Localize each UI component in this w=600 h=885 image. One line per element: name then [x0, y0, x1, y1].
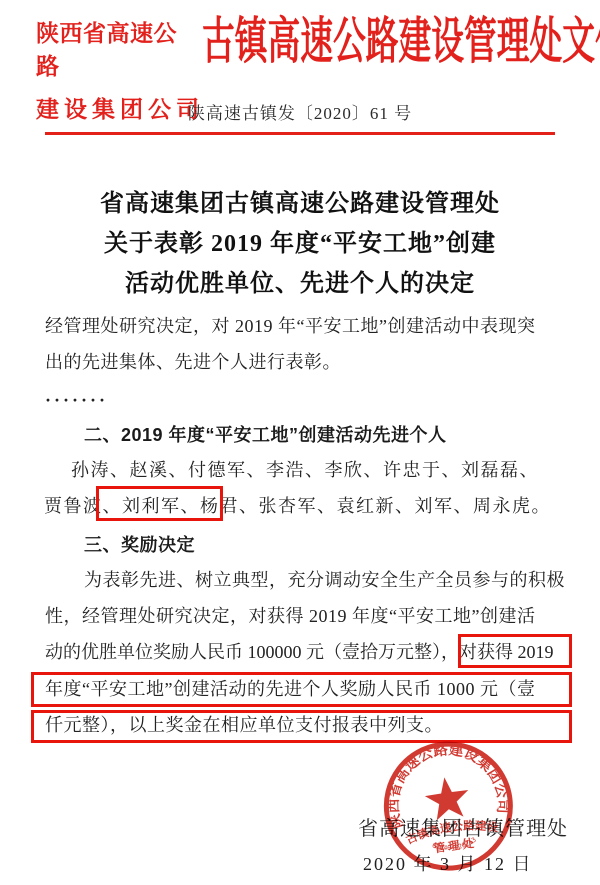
star-icon	[423, 774, 472, 821]
paragraph-2-line-2: 性，经管理处研究决定，对获得 2019 年度“平安工地”创建活	[45, 607, 535, 625]
section-heading-3: 三、奖励决定	[84, 536, 195, 554]
document-title-line-3: 活动优胜单位、先进个人的决定	[0, 263, 600, 298]
paragraph-1-line-2: 出的先进集体、先进个人进行表彰。	[45, 353, 341, 371]
names-line-1: 孙涛、赵溪、付德军、李浩、李欣、许忠于、刘磊磊、	[71, 461, 539, 479]
document-title-line-1: 省高速集团古镇高速公路建设管理处	[0, 183, 600, 218]
highlight-box-name	[96, 486, 223, 521]
ellipsis-dots: ·······	[45, 391, 108, 409]
red-separator-line	[45, 132, 555, 135]
document-title-line-2: 关于表彰 2019 年度“平安工地”创建	[0, 223, 600, 258]
section-heading-2: 二、2019 年度“平安工地”创建活动先进个人	[84, 426, 447, 444]
paragraph-2-line-1: 为表彰先进、树立典型，充分调动安全生产全员参与的积极	[84, 571, 565, 589]
highlight-box-reward-1	[458, 634, 572, 668]
header-org-line1: 陕西省高速公路	[36, 15, 199, 81]
document-page: 陕西省高速公路 建设集团公司 古镇高速公路建设管理处文件 陕高速古镇发〔2020…	[0, 0, 600, 885]
official-seal-graphic: 陕西省高速公路建设集团公司 古镇高速公路建设 管 理 处 61046402021…	[369, 727, 529, 885]
header-doc-type: 古镇高速公路建设管理处文件	[202, 16, 600, 66]
paragraph-1-line-1: 经管理处研究决定，对 2019 年“平安工地”创建活动中表现突	[45, 317, 535, 335]
highlight-box-reward-2	[31, 672, 572, 707]
official-seal: 陕西省高速公路建设集团公司 古镇高速公路建设 管 理 处 61046402021…	[369, 727, 529, 885]
document-number: 陕高速古镇发〔2020〕61 号	[0, 105, 600, 122]
